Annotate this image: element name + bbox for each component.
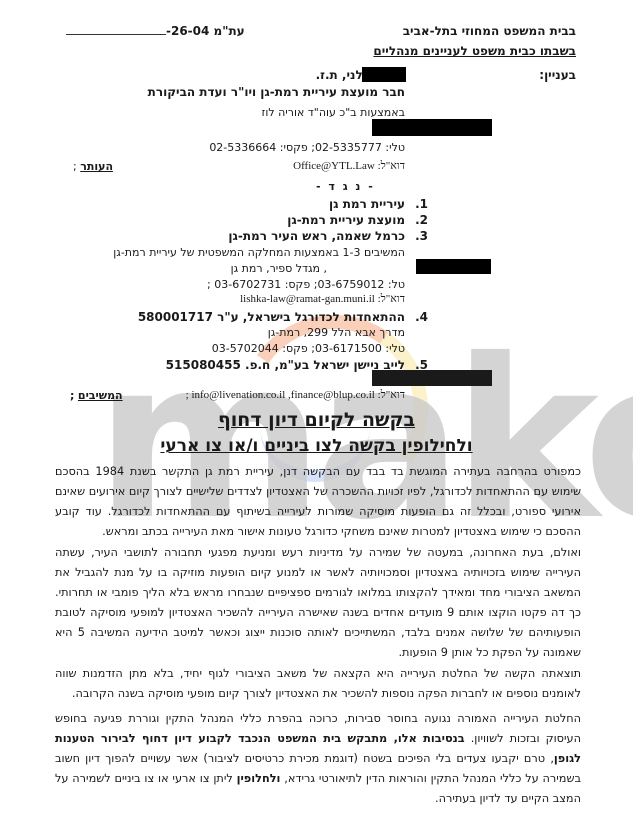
- case-number-blank: [66, 24, 166, 35]
- respondents-role: המשיבים ;: [70, 389, 123, 402]
- court-name: בבית המשפט המחוזי בתל-אביב: [403, 24, 576, 38]
- respondent-1-name: עיריית רמת גן: [329, 197, 405, 211]
- respondent-2-name: מועצת עיריית רמת-גן: [287, 213, 405, 227]
- respondent-5-name: לייב ניישן ישראל בע"מ, ח.פ. 515080455: [166, 358, 405, 372]
- respondent-4-name: ההתאחדות לכדורגל בישראל, ע"ר 580001717: [138, 310, 405, 324]
- petitioner-role-label: העותר: [80, 160, 113, 173]
- petitioner-section-label: בעניין:: [539, 68, 576, 82]
- respondents-role-label: המשיבים: [78, 389, 123, 402]
- paragraph-2: ואולם, בעת האחרונה, במעטה של שמירה על מד…: [55, 543, 581, 663]
- respondent-5-email: דוא"ל: info@livenation.co.il ,finance@bl…: [186, 389, 405, 401]
- respondents-1-3-email: דוא"ל: lishka-law@ramat-gan.muni.il: [240, 293, 405, 305]
- respondents-1-3-phone-fax: טל: 03-6759012; פקס: 03-6702731 ;: [207, 278, 405, 291]
- respondent-3-number: 3.: [415, 229, 428, 243]
- paragraph-4-alternative-bold: ולחלופין: [237, 772, 281, 785]
- petitioner-representation: באמצעות ב"כ עוה"ד אוריה לוז: [262, 106, 405, 119]
- petitioner-role: העותר ;: [73, 160, 113, 173]
- respondents-1-3-representation: המשיבים 1-3 באמצעות המחלקה המשפטית של עי…: [113, 246, 405, 259]
- paragraph-1: כמפורט בהרחבה בעתירה המוגשת בד בבד עם הב…: [55, 462, 581, 542]
- paragraph-3: תוצאתה הקשה של החלטת העירייה היא הקצאה ש…: [55, 664, 581, 704]
- redacted-municipal-address: [416, 259, 491, 274]
- case-number: עת"מ 26-04-: [66, 24, 245, 38]
- document-title: בקשה לקיום דיון דחוף: [0, 409, 633, 431]
- respondent-4-address: מדרך אבא הלל 299, רמת-גן: [268, 326, 405, 339]
- versus-divider: - נ ג ד -: [316, 180, 375, 193]
- respondents-1-3-address: , מגדל ספיר, רמת גן: [231, 262, 405, 275]
- redacted-id-number: [362, 67, 406, 82]
- court-capacity: בשבתו כבית משפט לעניינים מנהליים: [373, 44, 576, 58]
- petitioner-phone-fax: טלי: 02-5335777; פקסי: 02-5336664: [209, 141, 405, 154]
- document-subtitle: ולחילופין בקשה לצו ביניים ו/או צו ארעי: [0, 436, 633, 456]
- respondent-4-number: 4.: [415, 310, 428, 324]
- respondent-1-number: 1.: [415, 197, 428, 211]
- petitioner-title: חבר מועצת עיריית רמת-גן ויו"ר ועדת הביקו…: [148, 85, 405, 99]
- respondent-2-number: 2.: [415, 213, 428, 227]
- redacted-lawyer-address: [372, 119, 492, 136]
- redacted-respondent-5-address: [372, 370, 492, 386]
- petitioner-email: דוא"ל: Office@YTL.Law: [293, 160, 405, 172]
- paragraph-4: החלטת העירייה האמורה נגועה בחוסר סבירות,…: [55, 709, 581, 809]
- respondent-3-name: כרמל שאמה, ראש העיר רמת-גן: [228, 229, 405, 243]
- respondent-4-phone-fax: טלי: 03-6171500; פקס: 03-5702044: [212, 342, 405, 355]
